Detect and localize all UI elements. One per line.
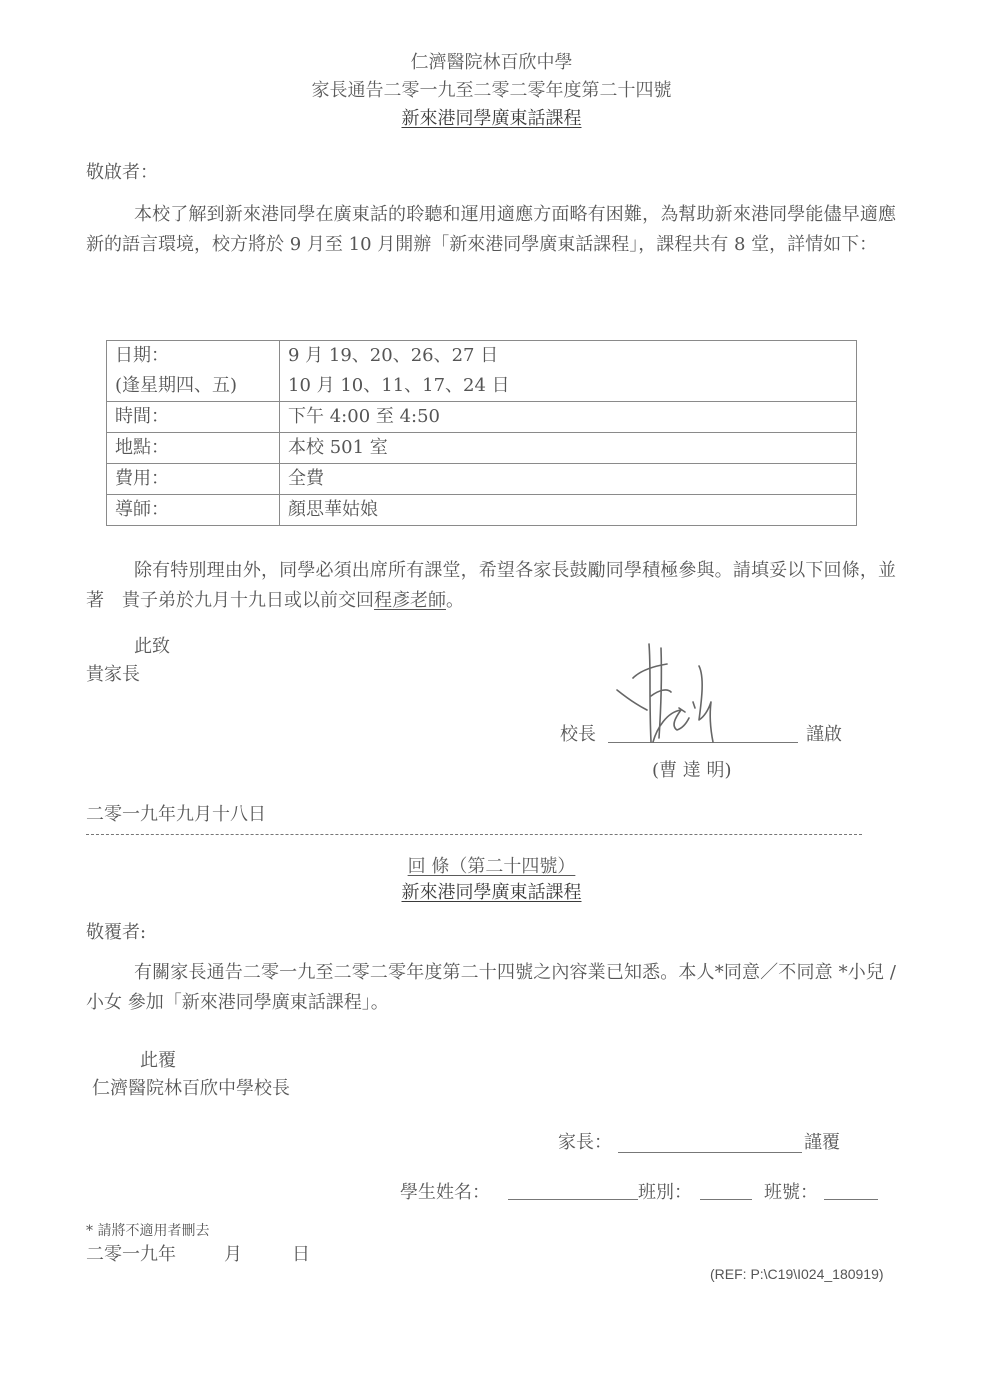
closing-paragraph: 除有特別理由外，同學必須出席所有課堂，希望各家長鼓勵同學積極參與。請填妥以下回條… xyxy=(86,556,896,616)
regards: 此致 xyxy=(134,632,170,662)
reply-slip-subtitle: 新來港同學廣東話課程 xyxy=(0,878,983,904)
reply-slip-title-text: 回 條（第二十四號） xyxy=(408,856,576,877)
reply-slip-subtitle-text: 新來港同學廣東話課程 xyxy=(402,882,582,903)
signatory-title: 校長 xyxy=(560,720,596,750)
tear-off-separator xyxy=(86,834,862,835)
reply-regards: 此覆 xyxy=(140,1046,176,1076)
closing-paragraph-text: 除有特別理由外，同學必須出席所有課堂，希望各家長鼓勵同學積極參與。請填妥以下回條… xyxy=(86,560,896,611)
parent-signature-field[interactable] xyxy=(618,1152,802,1153)
closing-paragraph-end: 。 xyxy=(446,590,464,611)
letter-date: 二零一九年九月十八日 xyxy=(86,800,266,830)
reply-date-month: 月 xyxy=(224,1240,242,1270)
reply-salutation: 敬覆者: xyxy=(86,918,146,948)
tutor-value: 顏思華姑娘 xyxy=(280,495,857,526)
date-october: 10 月 10、11、17、24 日 xyxy=(288,371,848,401)
time-label: 時間： xyxy=(107,402,280,433)
venue-value: 本校 501 室 xyxy=(280,433,857,464)
class-number-field[interactable] xyxy=(824,1199,878,1200)
signatory-suffix: 謹啟 xyxy=(806,720,842,750)
footnote: * 請將不適用者刪去 xyxy=(86,1220,209,1240)
date-label-note: (逢星期四、五) xyxy=(115,371,271,401)
tutor-label: 導師： xyxy=(107,495,280,526)
notice-title: 新來港同學廣東話課程 xyxy=(0,104,983,130)
notice-number: 家長通告二零一九至二零二零年度第二十四號 xyxy=(0,76,983,102)
venue-label: 地點： xyxy=(107,433,280,464)
teacher-name: 程彥老師 xyxy=(374,590,446,611)
intro-paragraph: 本校了解到新來港同學在廣東話的聆聽和運用適應方面略有困難，為幫助新來港同學能儘早… xyxy=(86,200,896,260)
reply-date-year: 二零一九年 xyxy=(86,1240,176,1270)
table-row-tutor: 導師： 顏思華姑娘 xyxy=(107,495,857,526)
table-row-date: 日期： (逢星期四、五) 9 月 19、20、26、27 日 10 月 10、1… xyxy=(107,341,857,402)
addressee: 貴家長 xyxy=(86,660,140,690)
table-row-venue: 地點： 本校 501 室 xyxy=(107,433,857,464)
date-label: 日期： xyxy=(115,341,271,371)
date-value-cell: 9 月 19、20、26、27 日 10 月 10、11、17、24 日 xyxy=(280,341,857,402)
parent-label: 家長： xyxy=(558,1128,612,1158)
class-field[interactable] xyxy=(700,1199,752,1200)
reference-code: (REF: P:\C19\I024_180919) xyxy=(710,1266,884,1282)
course-details-table: 日期： (逢星期四、五) 9 月 19、20、26、27 日 10 月 10、1… xyxy=(106,340,857,526)
reply-addressee: 仁濟醫院林百欣中學校長 xyxy=(92,1074,290,1104)
fee-label: 費用： xyxy=(107,464,280,495)
date-september: 9 月 19、20、26、27 日 xyxy=(288,341,848,371)
fee-value: 全費 xyxy=(280,464,857,495)
reply-date-day: 日 xyxy=(292,1240,310,1270)
school-name: 仁濟醫院林百欣中學 xyxy=(0,48,983,74)
reply-slip-title: 回 條（第二十四號） xyxy=(0,852,983,878)
class-label: 班別： xyxy=(638,1178,692,1208)
class-number-label: 班號： xyxy=(764,1178,818,1208)
parent-suffix: 謹覆 xyxy=(804,1128,840,1158)
table-row-time: 時間： 下午 4:00 至 4:50 xyxy=(107,402,857,433)
signatory-name: (曹 達 明) xyxy=(652,756,732,786)
student-name-label: 學生姓名： xyxy=(400,1178,490,1208)
reply-body: 有關家長通告二零一九至二零二零年度第二十四號之內容業已知悉。本人*同意／不同意 … xyxy=(86,958,896,1018)
student-name-field[interactable] xyxy=(508,1199,638,1200)
time-value: 下午 4:00 至 4:50 xyxy=(280,402,857,433)
notice-title-text: 新來港同學廣東話課程 xyxy=(402,108,582,129)
table-row-fee: 費用： 全費 xyxy=(107,464,857,495)
signature-icon xyxy=(615,638,735,748)
salutation: 敬啟者： xyxy=(86,158,158,188)
date-label-cell: 日期： (逢星期四、五) xyxy=(107,341,280,402)
